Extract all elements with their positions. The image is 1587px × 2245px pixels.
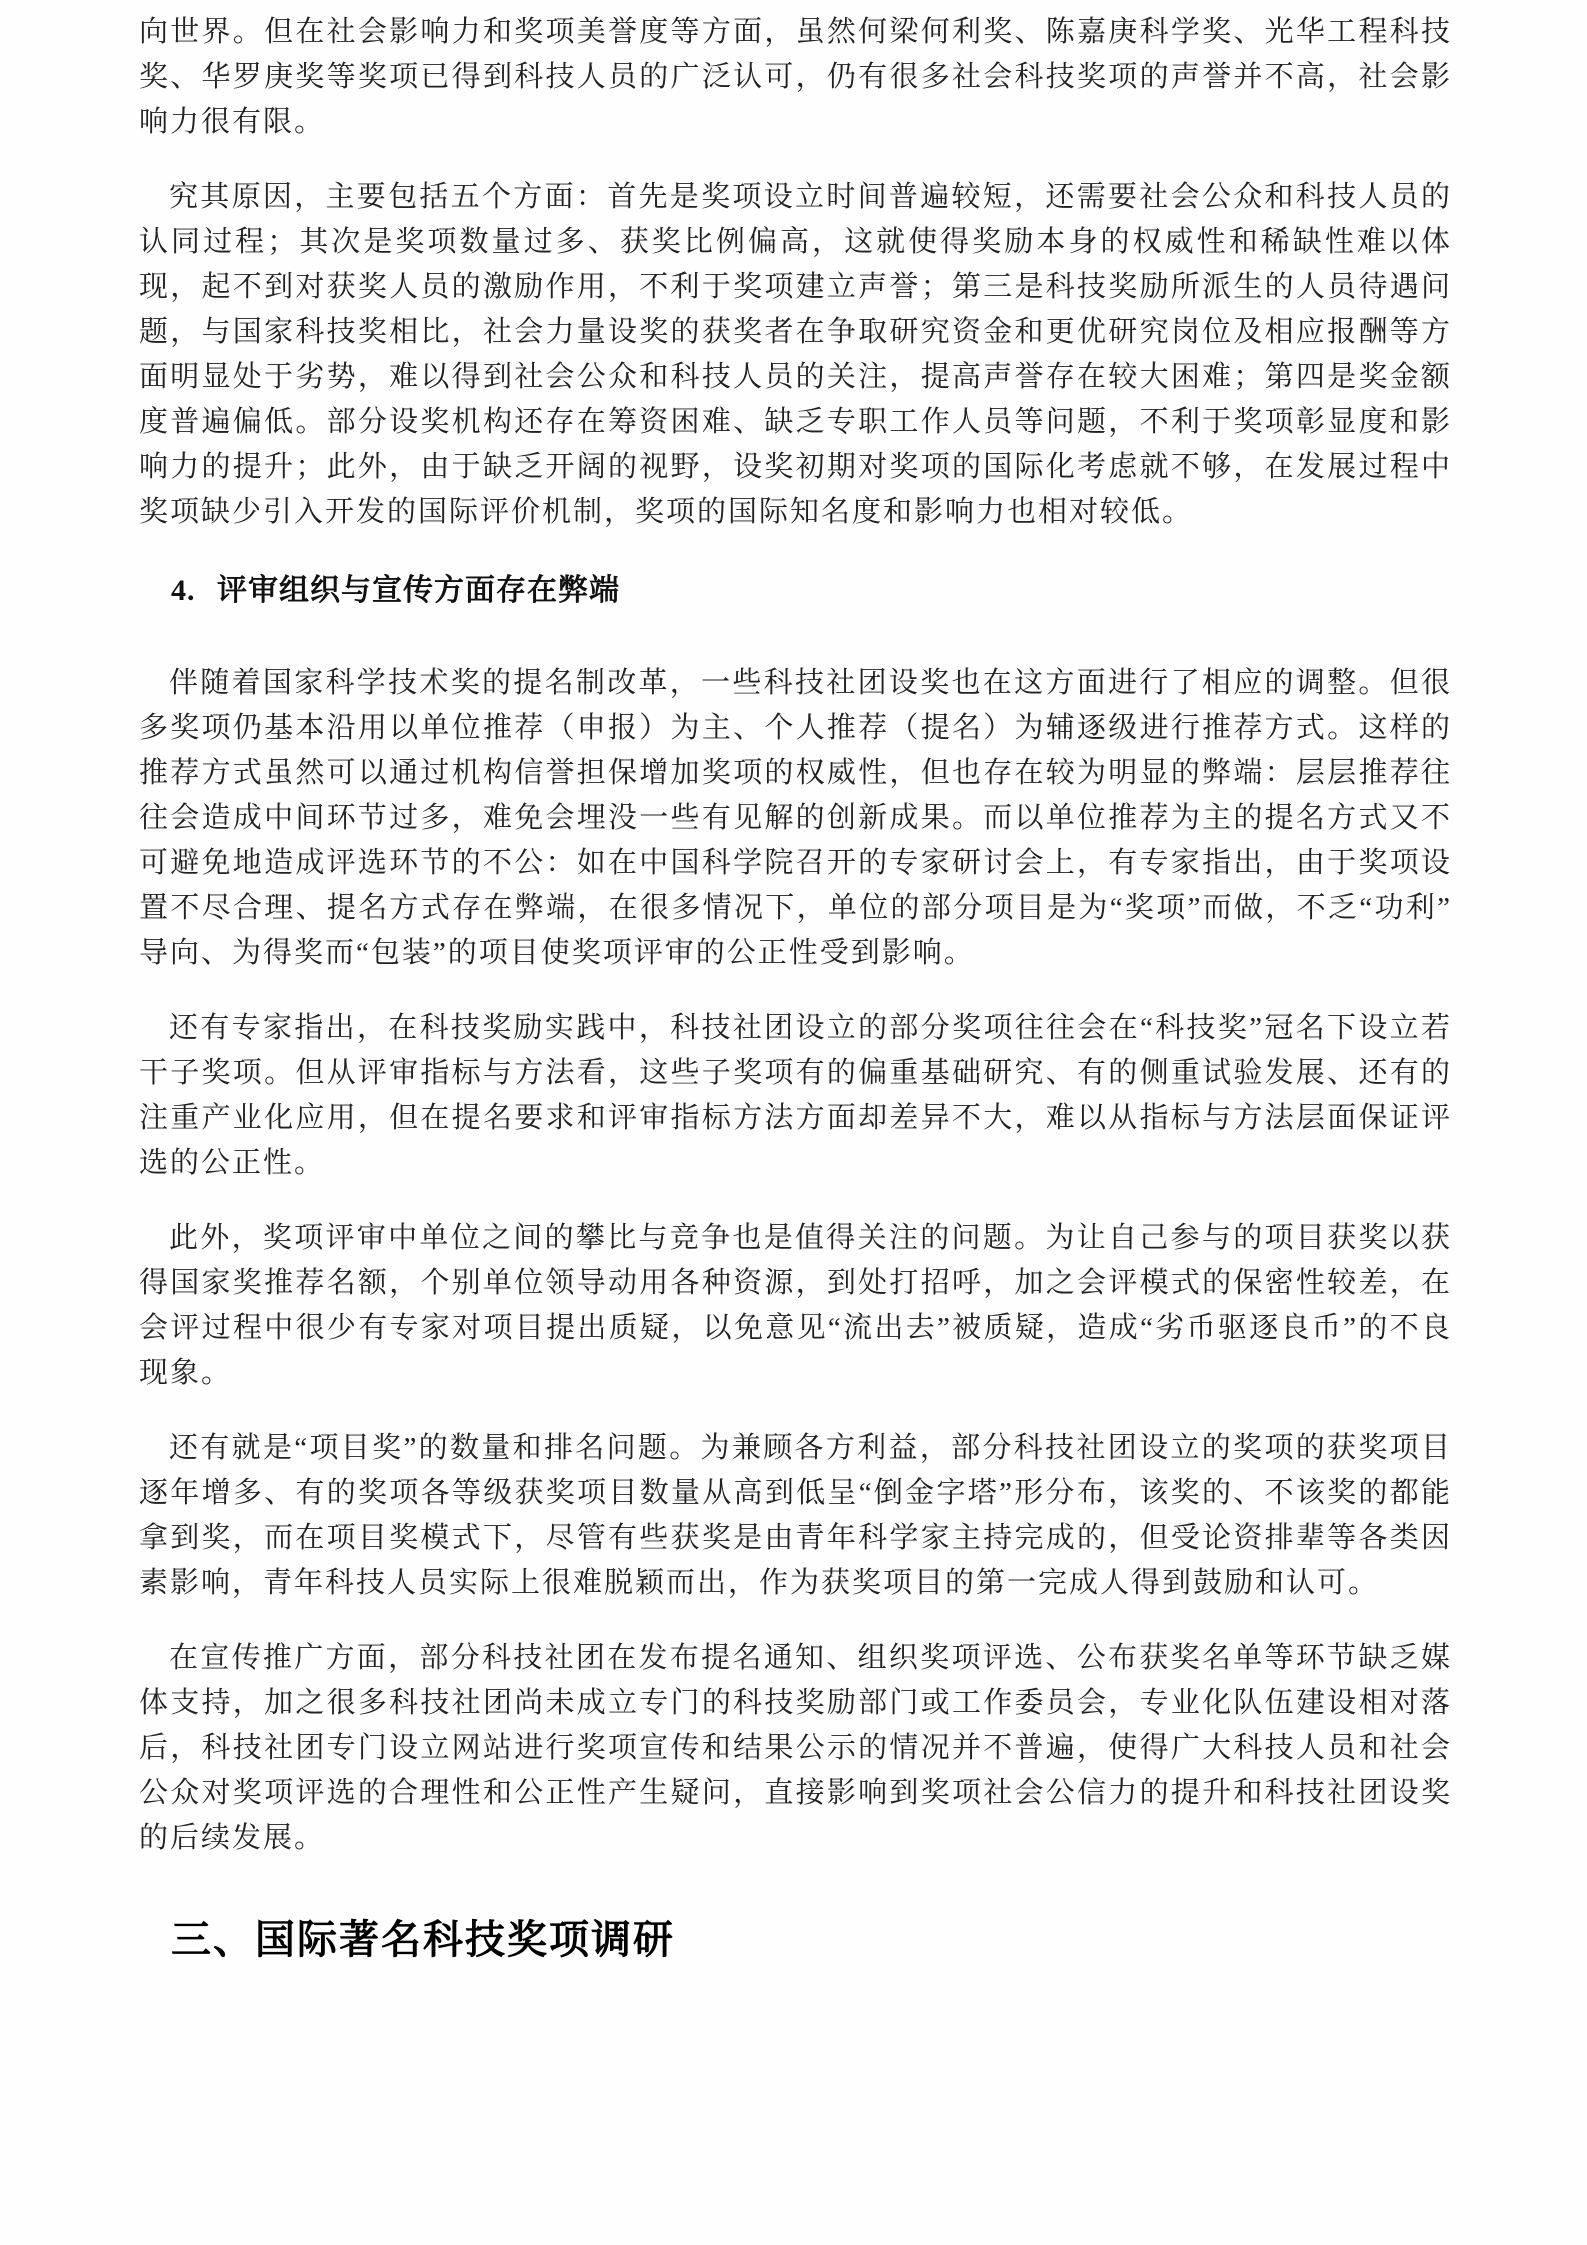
- paragraph-continuation: 向世界。但在社会影响力和奖项美誉度等方面，虽然何梁何利奖、陈嘉庚科学奖、光华工程…: [139, 10, 1452, 145]
- chapter-number: 三、: [171, 1916, 255, 1964]
- section-heading-4: 4.评审组织与宣传方面存在弊端: [139, 568, 1452, 613]
- paragraph-unit-competition: 此外，奖项评审中单位之间的攀比与竞争也是值得关注的问题。为让自己参与的项目获奖以…: [139, 1216, 1452, 1396]
- chapter-title: 国际著名科技奖项调研: [255, 1918, 675, 1962]
- document-content: 向世界。但在社会影响力和奖项美誉度等方面，虽然何梁何利奖、陈嘉庚科学奖、光华工程…: [139, 10, 1452, 1964]
- paragraph-sub-awards: 还有专家指出，在科技奖励实践中，科技社团设立的部分奖项往往会在“科技奖”冠名下设…: [139, 1006, 1452, 1186]
- paragraph-nomination-reform: 伴随着国家科学技术奖的提名制改革，一些科技社团设奖也在这方面进行了相应的调整。但…: [139, 661, 1452, 976]
- paragraph-project-awards: 还有就是“项目奖”的数量和排名问题。为兼顾各方利益，部分科技社团设立的奖项的获奖…: [139, 1426, 1452, 1606]
- section-number: 4.: [171, 568, 217, 613]
- paragraph-reasons: 究其原因，主要包括五个方面：首先是奖项设立时间普遍较短，还需要社会公众和科技人员…: [139, 175, 1452, 535]
- section-title: 评审组织与宣传方面存在弊端: [217, 574, 620, 607]
- document-page: 向世界。但在社会影响力和奖项美誉度等方面，虽然何梁何利奖、陈嘉庚科学奖、光华工程…: [0, 0, 1587, 2245]
- chapter-heading-3: 三、国际著名科技奖项调研: [139, 1916, 1452, 1964]
- paragraph-publicity: 在宣传推广方面，部分科技社团在发布提名通知、组织奖项评选、公布获奖名单等环节缺乏…: [139, 1636, 1452, 1861]
